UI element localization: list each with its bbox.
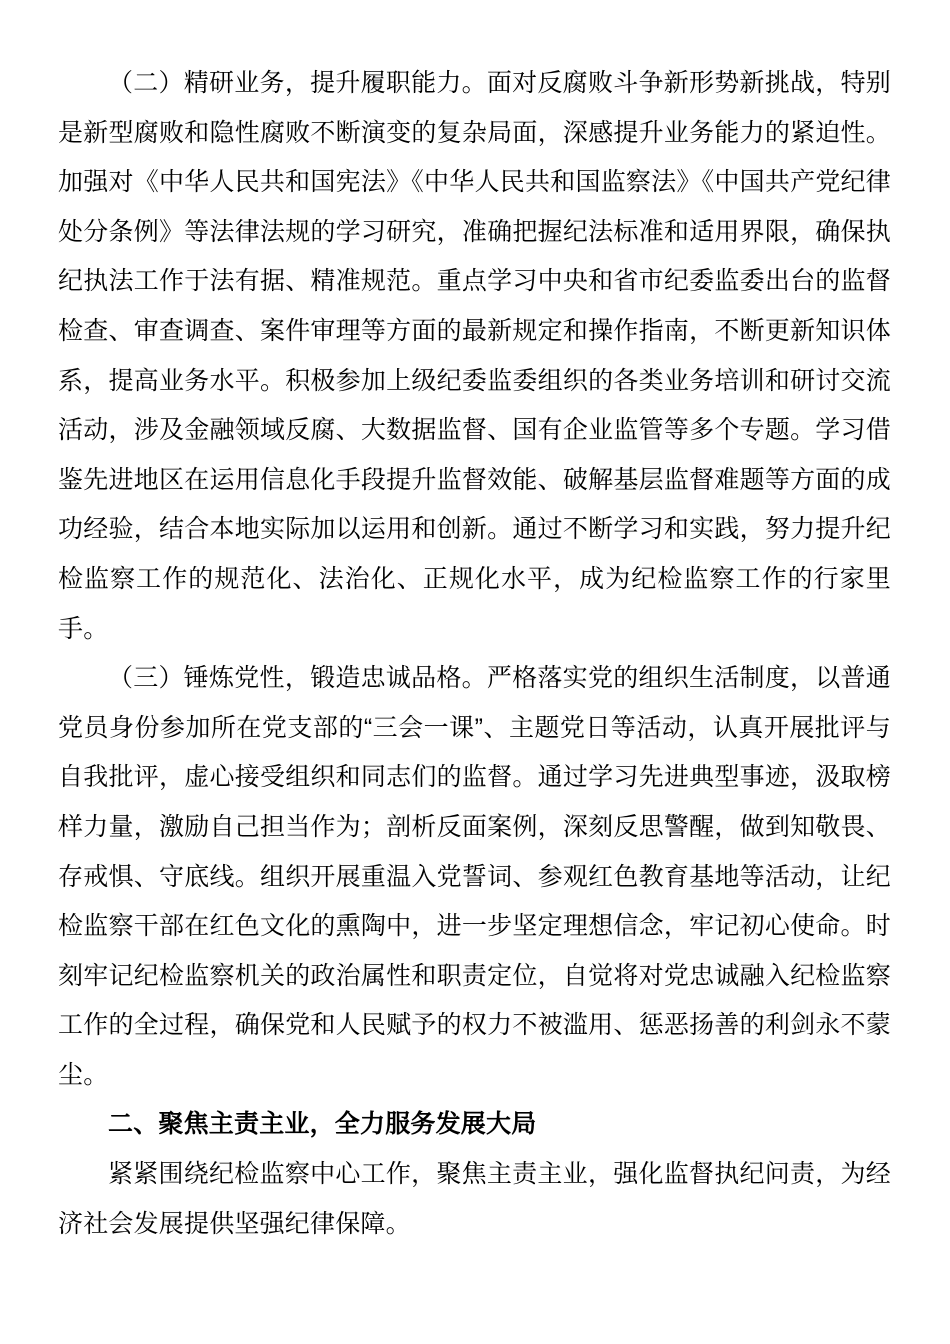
paragraph: （三）锤炼党性，锻造忠诚品格。严格落实党的组织生活制度，以普通党员身份参加所在党… — [58, 654, 891, 1100]
paragraph: 紧紧围绕纪检监察中心工作，聚焦主责主业，强化监督执纪问责，为经济社会发展提供坚强… — [58, 1150, 891, 1249]
document-body: （二）精研业务，提升履职能力。面对反腐败斗争新形势新挑战，特别是新型腐败和隐性腐… — [58, 59, 891, 1249]
document-page: （二）精研业务，提升履职能力。面对反腐败斗争新形势新挑战，特别是新型腐败和隐性腐… — [0, 0, 950, 1344]
paragraph: （二）精研业务，提升履职能力。面对反腐败斗争新形势新挑战，特别是新型腐败和隐性腐… — [58, 59, 891, 654]
section-heading: 二、聚焦主责主业，全力服务发展大局 — [58, 1100, 891, 1150]
